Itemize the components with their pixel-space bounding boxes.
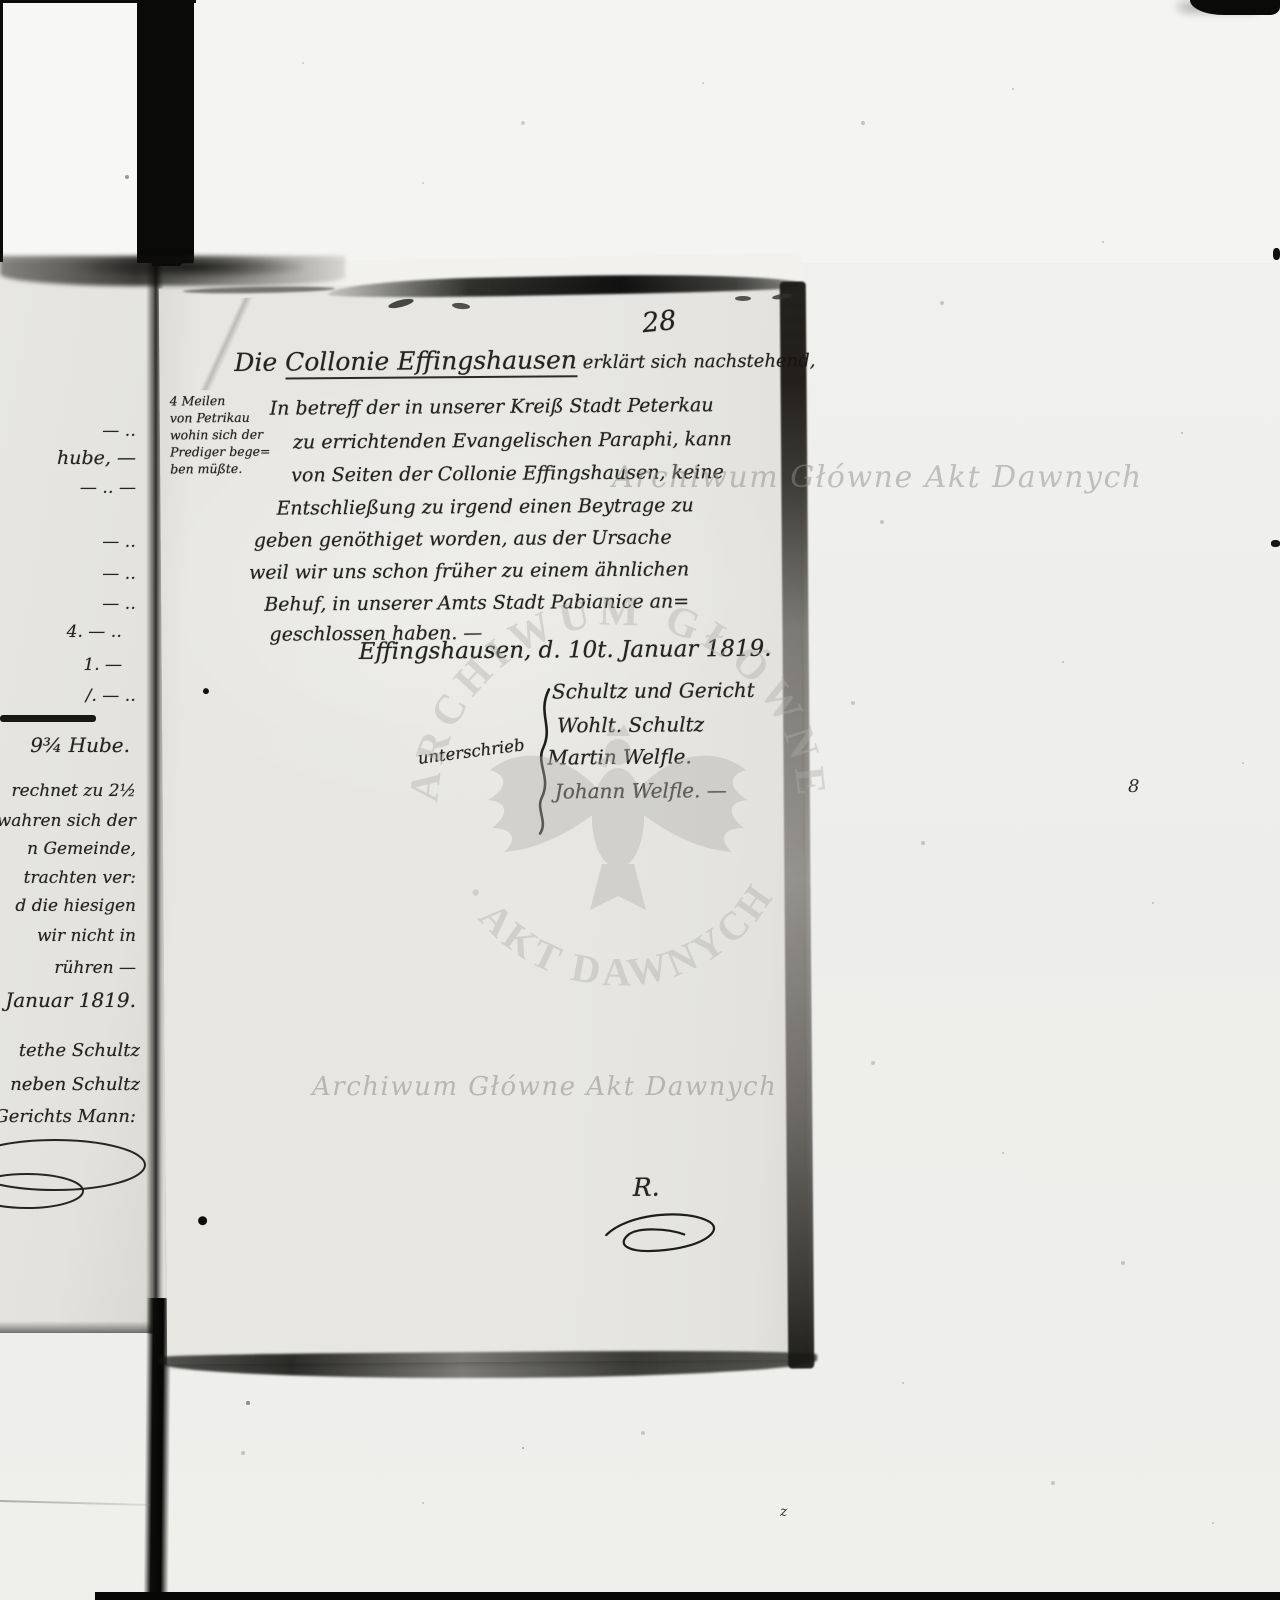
left-page-line: n Gemeinde, xyxy=(27,839,136,859)
film-top-band xyxy=(194,0,1280,263)
body-line: weil wir uns schon früher zu einem ähnli… xyxy=(249,558,689,583)
microfilm-scan: — ‥ hube, — — ‥ — — ‥ — ‥ — ‥ 4. — ‥ 1. … xyxy=(0,0,1280,1600)
ink-dot xyxy=(198,1216,207,1225)
ink-dot xyxy=(203,688,209,694)
film-nick xyxy=(1273,248,1280,260)
left-page-line: 1. — xyxy=(83,655,122,675)
page-torn-right-edge xyxy=(780,281,815,1368)
left-page-line: 4 Januar 1819. xyxy=(0,988,136,1012)
dateline: Effingshausen, d. 10t. Januar 1819. xyxy=(359,636,772,665)
page-number: 28 xyxy=(641,305,678,339)
body-line: Entschließung zu irgend einen Beytrage z… xyxy=(276,494,693,519)
left-page-line: wir nicht in xyxy=(37,926,136,946)
left-page-line: wahren sich der xyxy=(0,811,136,831)
left-page-line: rechnet zu 2½ xyxy=(11,781,136,801)
signature-flourish xyxy=(0,1129,152,1229)
margin-note: 4 Meilen von Petrikau wohin sich der Pre… xyxy=(170,392,273,478)
left-page-line: rühren — xyxy=(54,958,136,978)
margin-note-line: Prediger bege= xyxy=(170,443,272,461)
left-page-line: — ‥ xyxy=(102,532,136,552)
body-line: zu errichtenden Evangelischen Paraphi, k… xyxy=(293,428,732,453)
body-line: geben genöthiget worden, aus der Ursache xyxy=(254,527,672,552)
left-page-line: neben Schultz xyxy=(10,1074,140,1095)
margin-note-line: von Petrikau xyxy=(170,409,272,427)
film-bar-smudge xyxy=(70,254,310,280)
film-edge-bottom xyxy=(95,1592,1280,1600)
page-torn-bottom-edge xyxy=(159,1349,817,1380)
signature: Martin Welfle. xyxy=(547,744,692,769)
left-page-line: tethe Schultz xyxy=(19,1040,140,1061)
body-line: In betreff der in unserer Kreiß Stadt Pe… xyxy=(270,394,714,419)
left-page-line: /. — ‥ xyxy=(86,686,136,706)
left-page-line: — ‥ xyxy=(102,594,136,614)
signature: Johann Welfle. — xyxy=(555,778,727,803)
margin-note-line: ben müßte. xyxy=(170,460,272,478)
signature: Schultz und Gericht xyxy=(552,678,755,704)
paraph-flourish xyxy=(598,1204,728,1260)
left-page-line: Gerichts Mann: xyxy=(0,1106,136,1127)
film-edge-left xyxy=(0,0,3,262)
film-specks xyxy=(0,0,2,2)
film-white-frame xyxy=(2,2,137,262)
left-page-line: 9¾ Hube. xyxy=(30,733,130,757)
registrar-paraph: R. xyxy=(633,1173,660,1202)
document-title: Die Collonie Effingshausen erklärt sich … xyxy=(234,343,815,377)
film-black-bar xyxy=(137,0,194,266)
left-page-rule xyxy=(0,715,96,722)
left-page-line: — ‥ — xyxy=(80,478,136,498)
left-page-line: hube, — xyxy=(57,447,136,469)
signature-label: unterschrieb xyxy=(417,735,526,768)
left-page-line: trachten ver: xyxy=(24,868,136,888)
left-page-line: — ‥ xyxy=(102,564,136,584)
signature: Wohlt. Schultz xyxy=(557,712,704,737)
margin-note-line: 4 Meilen xyxy=(170,392,272,410)
cut-off-stroke xyxy=(735,296,751,301)
margin-note-line: wohin sich der xyxy=(170,426,272,444)
left-page-line: 4. — ‥ xyxy=(67,622,122,642)
film-nick xyxy=(1271,540,1280,547)
manuscript-page: 28 Die Collonie Effingshausen erklärt si… xyxy=(159,284,807,1365)
body-line: Behuf, in unserer Amts Stadt Pabianice a… xyxy=(264,590,689,615)
left-page-line: d die hiesigen xyxy=(15,896,136,916)
left-page-fragment: — ‥ hube, — — ‥ — — ‥ — ‥ — ‥ 4. — ‥ 1. … xyxy=(0,263,152,1333)
stray-ink-mark: 8 xyxy=(1128,776,1139,797)
title-main: Collonie Effingshausen xyxy=(285,345,577,379)
body-line: von Seiten der Collonie Effingshausen, k… xyxy=(291,461,724,486)
title-prefix: Die xyxy=(234,348,285,377)
left-page-line: — ‥ xyxy=(102,421,136,441)
film-crack xyxy=(0,1500,150,1506)
stray-ink-mark: z xyxy=(780,1504,787,1520)
